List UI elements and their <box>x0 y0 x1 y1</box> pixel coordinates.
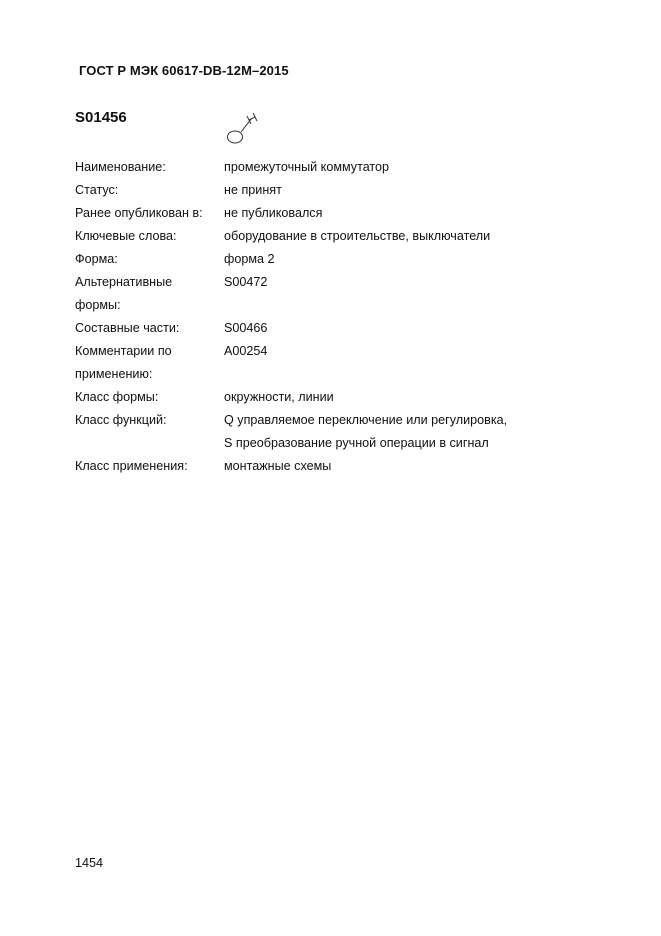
property-value: окружности, линии <box>224 386 595 409</box>
property-row-application-class: Класс применения: монтажные схемы <box>75 455 595 478</box>
property-row-status: Статус: не принят <box>75 179 595 202</box>
property-row-shape-class: Класс формы: окружности, линии <box>75 386 595 409</box>
property-row-name: Наименование: промежуточный коммутатор <box>75 156 595 179</box>
property-value: не принят <box>224 179 595 202</box>
page-number: 1454 <box>75 856 103 870</box>
property-value: S00472 <box>224 271 595 317</box>
property-row-form: Форма: форма 2 <box>75 248 595 271</box>
property-value: Q управляемое переключение или регулиров… <box>224 409 595 455</box>
circle-with-hand-operated-actuator-icon <box>226 110 266 146</box>
property-value: форма 2 <box>224 248 595 271</box>
property-label: Комментарии по применению: <box>75 340 224 386</box>
property-label: Составные части: <box>75 317 224 340</box>
property-label: Наименование: <box>75 156 224 179</box>
property-value: оборудование в строительстве, выключател… <box>224 225 595 248</box>
property-row-previously-published: Ранее опубликован в: не публиковался <box>75 202 595 225</box>
property-value: A00254 <box>224 340 595 386</box>
property-value: промежуточный коммутатор <box>224 156 595 179</box>
property-row-function-class: Класс функций: Q управляемое переключени… <box>75 409 595 455</box>
property-row-alternative-forms: Альтернативные формы: S00472 <box>75 271 595 317</box>
property-value: S00466 <box>224 317 595 340</box>
symbol-properties-table: Наименование: промежуточный коммутатор С… <box>75 156 595 478</box>
property-row-components: Составные части: S00466 <box>75 317 595 340</box>
property-label: Форма: <box>75 248 224 271</box>
property-label: Класс применения: <box>75 455 224 478</box>
property-label: Класс функций: <box>75 409 224 455</box>
document-standard-header: ГОСТ Р МЭК 60617-DB-12M–2015 <box>79 63 289 78</box>
property-value: монтажные схемы <box>224 455 595 478</box>
property-row-application-notes: Комментарии по применению: A00254 <box>75 340 595 386</box>
property-row-keywords: Ключевые слова: оборудование в строитель… <box>75 225 595 248</box>
property-label: Ключевые слова: <box>75 225 224 248</box>
property-label: Статус: <box>75 179 224 202</box>
property-label: Класс формы: <box>75 386 224 409</box>
symbol-id-heading: S01456 <box>75 109 127 126</box>
property-value: не публиковался <box>224 202 595 225</box>
property-label: Альтернативные формы: <box>75 271 224 317</box>
property-label: Ранее опубликован в: <box>75 202 224 225</box>
